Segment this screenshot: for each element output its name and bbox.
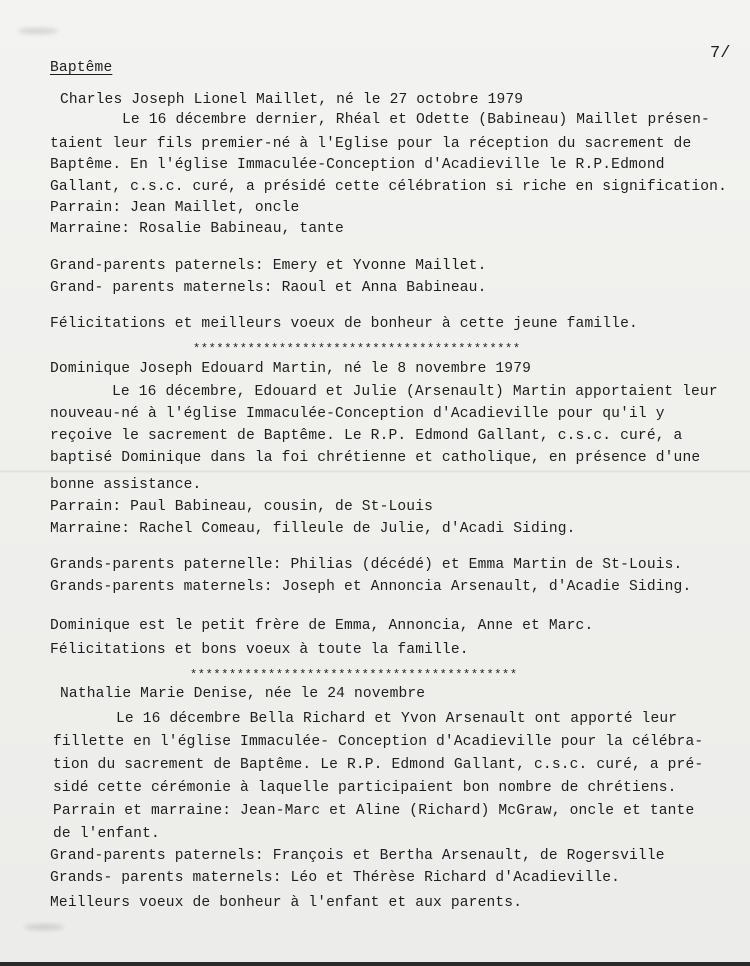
- godparent-line: Parrain: Paul Babineau, cousin, de St-Lo…: [50, 498, 433, 516]
- page-number: 7/: [710, 44, 730, 63]
- entry-heading: Charles Joseph Lionel Maillet, né le 27 …: [60, 91, 523, 109]
- typewritten-page: 7/ Baptême Charles Joseph Lionel Maillet…: [0, 0, 750, 966]
- separator: ****************************************…: [193, 340, 521, 358]
- paper-smudge: [24, 924, 64, 930]
- entry-body-line: Baptême. En l'église Immaculée-Conceptio…: [50, 156, 665, 174]
- godparent-line: de l'enfant.: [53, 825, 160, 843]
- entry-body-line: bonne assistance.: [50, 476, 201, 494]
- grandparent-line: Grand-parents paternels: Emery et Yvonne…: [50, 257, 486, 275]
- closing-line: Félicitations et bons voeux à toute la f…: [50, 641, 469, 659]
- section-title: Baptême: [50, 59, 112, 77]
- grandparent-line: Grands- parents maternels: Léo et Thérès…: [50, 869, 620, 887]
- closing-line: Dominique est le petit frère de Emma, An…: [50, 617, 593, 635]
- entry-body-line: tion du sacrement de Baptême. Le R.P. Ed…: [53, 756, 703, 774]
- entry-body-line: fillette en l'église Immaculée- Concepti…: [53, 733, 703, 751]
- godparent-line: Marraine: Rosalie Babineau, tante: [50, 220, 344, 238]
- separator: ****************************************…: [190, 666, 518, 684]
- entry-body-line: Le 16 décembre Bella Richard et Yvon Ars…: [116, 710, 677, 728]
- page-edge: [0, 962, 750, 966]
- entry-body-line: nouveau-né à l'église Immaculée-Concepti…: [50, 405, 665, 423]
- grandparent-line: Grands-parents maternels: Joseph et Anno…: [50, 578, 691, 596]
- entry-body-line: baptisé Dominique dans la foi chrétienne…: [50, 449, 700, 467]
- grandparent-line: Grand-parents paternels: François et Ber…: [50, 847, 665, 865]
- paper-smudge: [18, 28, 58, 34]
- grandparent-line: Grand- parents maternels: Raoul et Anna …: [50, 279, 486, 297]
- godparent-line: Parrain et marraine: Jean-Marc et Aline …: [53, 802, 694, 820]
- godparent-line: Parrain: Jean Maillet, oncle: [50, 199, 299, 217]
- godparent-line: Marraine: Rachel Comeau, filleule de Jul…: [50, 520, 576, 538]
- entry-heading: Dominique Joseph Edouard Martin, né le 8…: [50, 360, 531, 378]
- entry-body-line: Le 16 décembre dernier, Rhéal et Odette …: [122, 111, 710, 129]
- closing-line: Meilleurs voeux de bonheur à l'enfant et…: [50, 894, 522, 912]
- entry-body-line: Gallant, c.s.c. curé, a présidé cette cé…: [50, 178, 727, 196]
- paper-fold: [0, 470, 750, 473]
- entry-body-line: taient leur fils premier-né à l'Eglise p…: [50, 135, 691, 153]
- grandparent-line: Grands-parents paternelle: Philias (décé…: [50, 556, 682, 574]
- entry-body-line: reçoive le sacrement de Baptême. Le R.P.…: [50, 427, 682, 445]
- entry-body-line: Le 16 décembre, Edouard et Julie (Arsena…: [112, 383, 718, 401]
- closing-line: Félicitations et meilleurs voeux de bonh…: [50, 315, 638, 333]
- entry-heading: Nathalie Marie Denise, née le 24 novembr…: [60, 685, 425, 703]
- entry-body-line: sidé cette cérémonie à laquelle particip…: [53, 779, 677, 797]
